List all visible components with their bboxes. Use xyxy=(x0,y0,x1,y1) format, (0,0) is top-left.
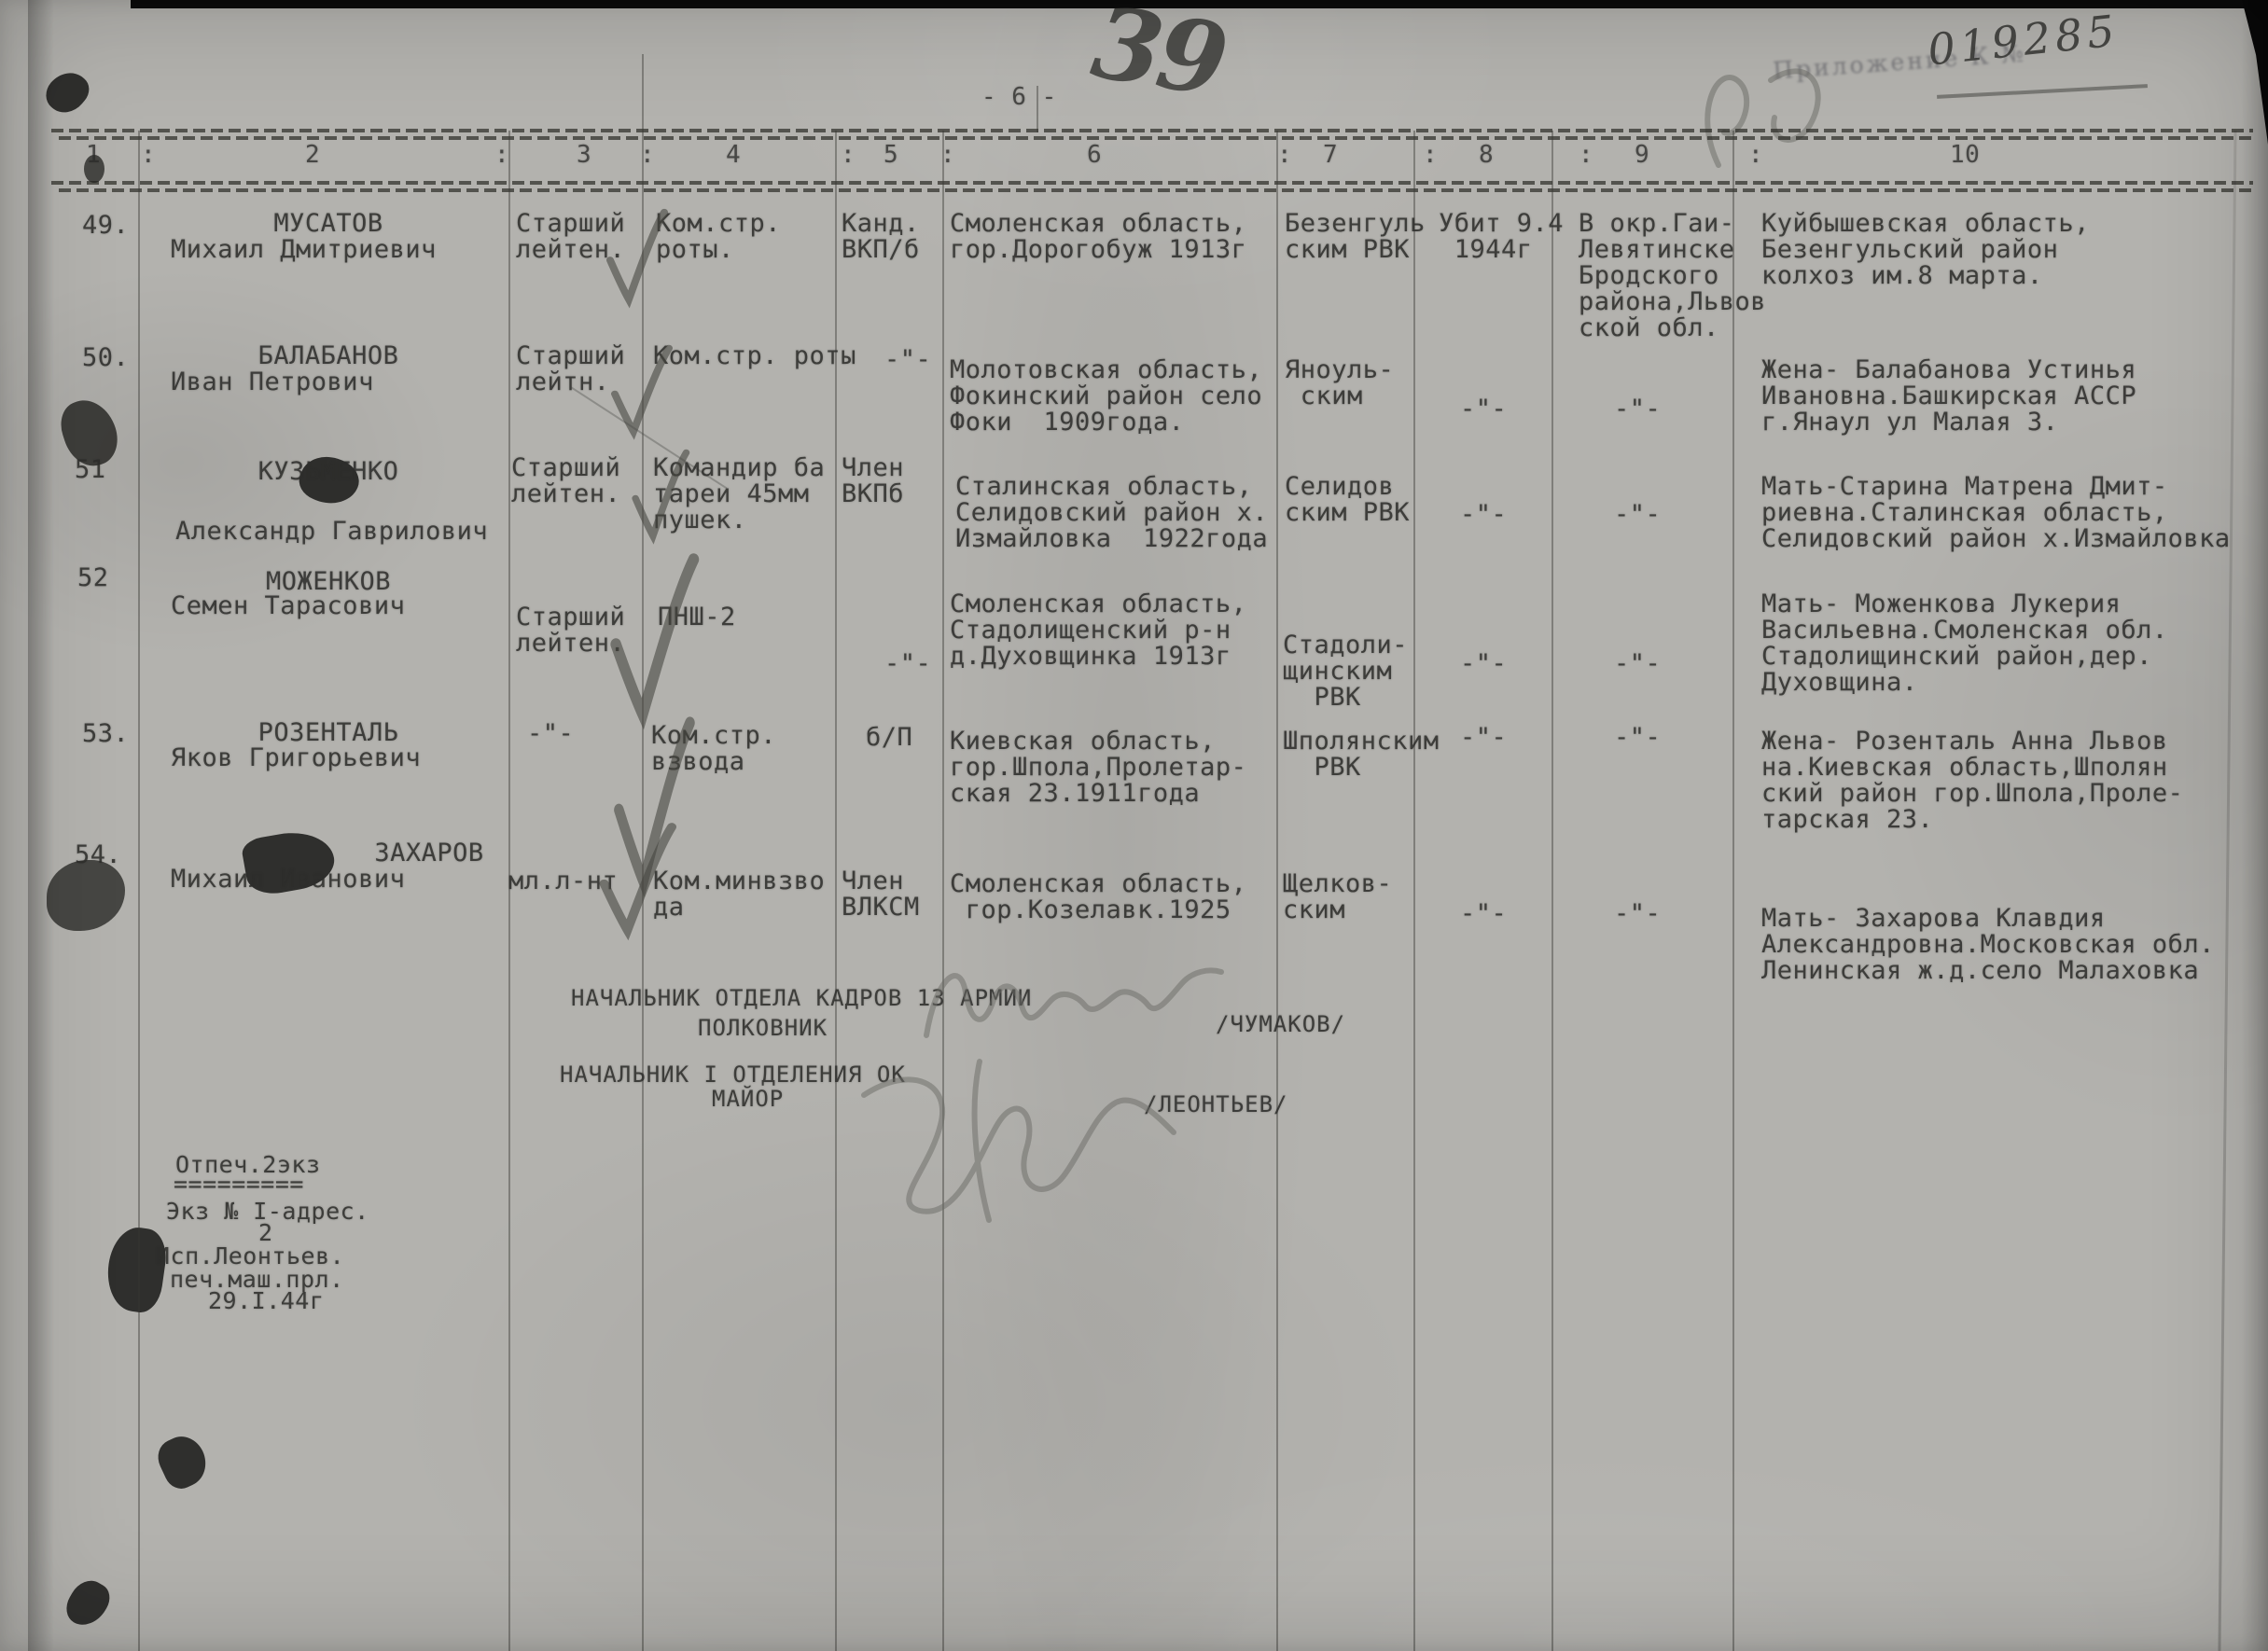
cell-row-number: 54. xyxy=(75,842,121,868)
cell-row-number: 49. xyxy=(82,213,129,239)
cell-rvk: Яноуль- ским xyxy=(1285,357,1394,409)
column-divider-line xyxy=(1413,131,1415,1651)
sheet-number-handwritten: 39 xyxy=(1085,0,1231,118)
cell-party: Член ВЛКСМ xyxy=(842,868,920,921)
cell-row-number: 50. xyxy=(82,345,129,371)
cell-relatives: Мать- Моженкова Лукерия Васильевна.Смоле… xyxy=(1761,591,2168,696)
column-header-separator: : xyxy=(640,142,655,168)
paper-defect xyxy=(152,1429,214,1493)
cell-birthplace: Сталинская область, Селидовский район х.… xyxy=(955,474,1268,552)
cell-fate: -"- xyxy=(1460,651,1507,677)
column-header-cell: 6 xyxy=(1087,142,1102,168)
cell-burial-place: В окр.Гаи- Левятинске Бродского района,Л… xyxy=(1579,211,1766,341)
cell-burial-place: -"- xyxy=(1614,725,1661,751)
cell-position: Ком.стр. роты xyxy=(653,343,856,369)
cell-relatives: Мать- Захарова Клавдия Александровна.Мос… xyxy=(1761,906,2215,984)
cell-burial-place: -"- xyxy=(1614,396,1661,423)
cell-birthplace: Смоленская область, Стадолищенский р-н д… xyxy=(950,591,1246,670)
cell-surname: ЗАХАРОВ xyxy=(233,840,625,867)
handwritten-signature xyxy=(910,942,1236,1063)
cell-party: Член ВКПб xyxy=(842,455,904,507)
cell-burial-place: -"- xyxy=(1614,651,1661,677)
column-divider-line xyxy=(1732,131,1734,1651)
cell-given-name: Михаил Иванович xyxy=(171,867,405,893)
cell-rvk: Шполянским РВК xyxy=(1283,728,1440,781)
paper-defect xyxy=(60,1574,116,1632)
cell-rvk: Безенгуль ским РВК xyxy=(1285,211,1426,263)
column-header-cell: 1 xyxy=(86,142,101,168)
cell-rvk: Стадоли- щинским РВК xyxy=(1283,632,1408,711)
column-header-separator: : xyxy=(1579,142,1593,168)
cell-row-number: 51 xyxy=(75,457,106,483)
cell-fate: -"- xyxy=(1460,396,1507,423)
cell-surname: БАЛАБАНОВ xyxy=(160,343,496,369)
cell-row-number: 52 xyxy=(77,565,109,591)
cell-given-name: Яков Григорьевич xyxy=(171,745,421,771)
paper-defect xyxy=(47,860,125,931)
pencil-checkmark xyxy=(623,448,693,546)
column-header-separator: : xyxy=(141,142,156,168)
cell-fate: -"- xyxy=(1460,901,1507,927)
paper-defect xyxy=(39,64,95,121)
column-header-separator: : xyxy=(1748,142,1763,168)
cell-relatives: Мать-Старина Матрена Дмит- риевна.Сталин… xyxy=(1761,474,2231,552)
column-header-cell: 8 xyxy=(1479,142,1494,168)
left-edge-shadow xyxy=(28,0,54,1651)
column-header-separator: : xyxy=(841,142,856,168)
column-header-separator: : xyxy=(1277,142,1292,168)
cell-rvk: Селидов ским РВК xyxy=(1285,474,1410,526)
column-header-separator: : xyxy=(1423,142,1438,168)
cell-surname: МУСАТОВ xyxy=(160,211,496,237)
column-divider-line xyxy=(1276,131,1278,1651)
column-header-cell: 7 xyxy=(1323,142,1338,168)
cell-rvk: Щелков- ским xyxy=(1283,871,1392,923)
cell-relatives: Жена- Балабанова Устинья Ивановна.Башкир… xyxy=(1761,357,2136,436)
signature-rank-line: МАЙОР xyxy=(712,1086,784,1112)
table-separator-top xyxy=(51,127,2253,141)
cell-birthplace: Молотовская область, Фокинский район сел… xyxy=(950,357,1262,436)
cell-party: Канд. ВКП/б xyxy=(842,211,920,263)
stamp-underline xyxy=(1937,84,2148,99)
cell-given-name: Иван Петрович xyxy=(171,369,374,395)
column-header-separator: : xyxy=(494,142,509,168)
cell-birthplace: Смоленская область, гор.Дорогобуж 1913г xyxy=(950,211,1246,263)
print-block-separator: ========= xyxy=(174,1172,304,1198)
column-divider-line xyxy=(942,131,944,1651)
pencil-checkmark xyxy=(597,550,704,732)
column-divider-line xyxy=(1037,86,1038,132)
pencil-checkmark xyxy=(588,821,681,942)
cell-rank: -"- xyxy=(527,721,574,747)
cell-birthplace: Смоленская область, гор.Козелавк.1925 xyxy=(950,871,1246,923)
right-edge-shadow xyxy=(2241,0,2268,1651)
column-header-cell: 9 xyxy=(1635,142,1649,168)
cell-fate: -"- xyxy=(1460,502,1507,528)
column-header-cell: 3 xyxy=(577,142,591,168)
cell-relatives: Жена- Розенталь Анна Львов на.Киевская о… xyxy=(1761,728,2183,833)
cell-fate: Убит 9.4 1944г xyxy=(1439,211,1564,263)
top-right-fold-artifact xyxy=(2228,0,2268,145)
cell-rank: Старший лейтен. xyxy=(511,455,620,507)
paper-defect xyxy=(103,1224,170,1314)
pencil-checkmark xyxy=(597,207,672,310)
cell-surname: КУЗЬМЕНКО xyxy=(160,459,496,485)
table-separator-header xyxy=(51,179,2253,193)
print-block-line: 29.I.44г xyxy=(208,1288,324,1314)
cell-position: Ком.стр. роты. xyxy=(656,211,781,263)
cell-row-number: 53. xyxy=(82,721,129,747)
cell-party: б/П xyxy=(866,725,912,751)
cell-given-name: Александр Гаврилович xyxy=(175,519,488,545)
cell-party: -"- xyxy=(884,651,931,677)
scanned-document-page: 39 Приложение К № 019285 - 6 - 1 : 2 : 3… xyxy=(0,0,2268,1651)
cell-birthplace: Киевская область, гор.Шпола,Пролетар- ск… xyxy=(950,728,1246,807)
paper-crease xyxy=(2218,131,2236,1651)
column-header-cell: 10 xyxy=(1950,142,1980,168)
cell-relatives: Куйбышевская область, Безенгульский райо… xyxy=(1761,211,2090,289)
column-divider-line xyxy=(138,131,140,1651)
column-header-cell: 5 xyxy=(884,142,898,168)
cell-given-name: Михаил Дмитриевич xyxy=(171,237,437,263)
cell-surname: РОЗЕНТАЛЬ xyxy=(160,720,496,746)
cell-given-name: Семен Тарасович xyxy=(171,593,405,619)
signature-rank-line: ПОЛКОВНИК xyxy=(698,1015,828,1041)
handwritten-signature xyxy=(830,1054,1204,1227)
cell-fate: -"- xyxy=(1460,725,1507,751)
cell-party: -"- xyxy=(884,347,931,373)
column-header-cell: 4 xyxy=(726,142,741,168)
column-header-separator: : xyxy=(940,142,955,168)
annex-number-handwritten: 019285 xyxy=(1926,5,2122,75)
page-number: - 6 - xyxy=(981,84,1057,110)
column-header-cell: 2 xyxy=(305,142,320,168)
cell-burial-place: -"- xyxy=(1614,901,1661,927)
pencil-checkmark xyxy=(602,343,676,441)
column-divider-line xyxy=(1551,131,1553,1651)
cell-burial-place: -"- xyxy=(1614,502,1661,528)
